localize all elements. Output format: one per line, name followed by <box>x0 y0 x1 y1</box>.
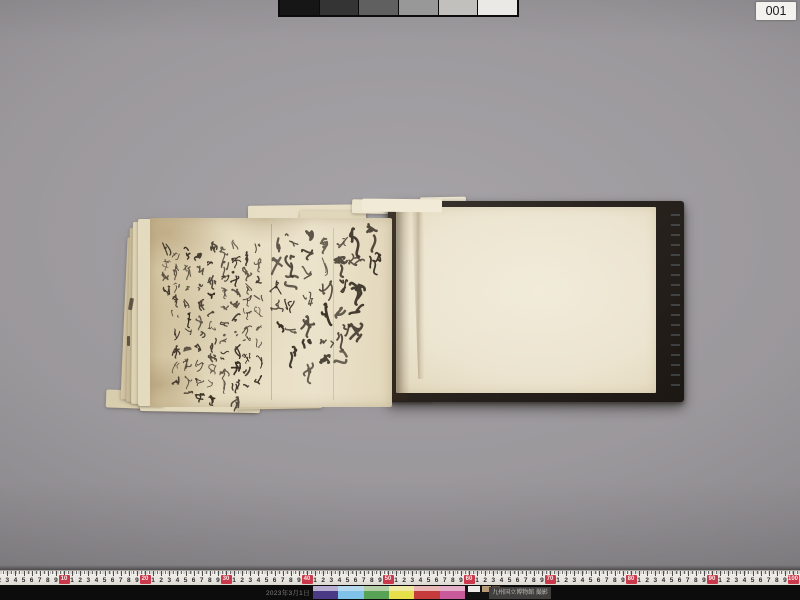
ruler-cm-tick <box>315 571 316 576</box>
ruler-half-tick <box>206 571 207 574</box>
ruler-cm-tick <box>437 571 438 576</box>
ruler-cm-tick <box>582 571 583 576</box>
cover-edge-wear <box>671 214 680 386</box>
grayscale-step <box>478 0 517 15</box>
ruler-digit: 7 <box>765 576 772 585</box>
ruler-cm-tick <box>461 571 462 576</box>
ruler-half-tick <box>781 571 782 574</box>
ruler-cm-tick <box>720 571 721 576</box>
ruler-half-tick <box>311 571 312 574</box>
page-fold-line <box>333 228 334 400</box>
ruler-digit: 7 <box>279 576 286 585</box>
ruler-digit: 4 <box>12 576 19 585</box>
ruler-cm-tick <box>761 571 762 576</box>
ruler-digit: 4 <box>255 576 262 585</box>
ruler-half-tick <box>3 571 4 574</box>
ruler-cm-tick <box>291 571 292 576</box>
ruler-half-tick <box>36 571 37 574</box>
ruler-digit: 2 <box>725 576 732 585</box>
ruler-digit: 2 <box>563 576 570 585</box>
ruler-digit: 5 <box>182 576 189 585</box>
ruler-half-tick <box>465 571 466 574</box>
ruler-half-tick <box>117 571 118 574</box>
ruler-cm-tick <box>186 571 187 576</box>
ruler-digit: 7 <box>603 576 610 585</box>
ruler-cm-tick <box>672 571 673 576</box>
ruler-digit: 6 <box>352 576 359 585</box>
ruler-half-tick <box>149 571 150 574</box>
ruler-digit: 4 <box>417 576 424 585</box>
ruler-half-tick <box>505 571 506 574</box>
ruler-half-tick <box>570 571 571 574</box>
ruler-half-tick <box>181 571 182 574</box>
ruler-digit: 2 <box>239 576 246 585</box>
ruler-cm-tick <box>501 571 502 576</box>
ruler-digit: 6 <box>595 576 602 585</box>
ruler-cm-tick <box>380 571 381 576</box>
ruler-digit: 2 <box>644 576 651 585</box>
ruler-half-tick <box>489 571 490 574</box>
color-patch-magenta <box>440 586 465 599</box>
ruler-cm-tick <box>429 571 430 576</box>
ruler-half-tick <box>392 571 393 574</box>
ruler-half-tick <box>473 571 474 574</box>
ruler-cm-tick <box>258 571 259 576</box>
ruler-cm-tick <box>234 571 235 576</box>
ruler-half-tick <box>238 571 239 574</box>
ruler-cm-tick <box>348 571 349 576</box>
ruler-cm-tick <box>72 571 73 576</box>
ruler-cm-tick <box>339 571 340 576</box>
ruler-cm-tick <box>704 571 705 576</box>
ruler-cm-tick <box>680 571 681 576</box>
grayscale-step <box>399 0 438 15</box>
ruler-digit: 8 <box>368 576 375 585</box>
capture-date-text: 2023年3月1日 <box>266 588 310 597</box>
ruler-half-tick <box>254 571 255 574</box>
ruler-half-tick <box>141 571 142 574</box>
ruler-cm-tick <box>591 571 592 576</box>
page-edge-tab <box>362 199 442 213</box>
ruler-half-tick <box>92 571 93 574</box>
ruler-digit: 1 <box>636 576 643 585</box>
ruler-cm-tick <box>88 571 89 576</box>
ruler-half-tick <box>327 571 328 574</box>
ruler-digit: 3 <box>409 576 416 585</box>
ruler-cm-tick <box>299 571 300 576</box>
color-patch-yellow <box>389 586 414 599</box>
ruler-half-tick <box>400 571 401 574</box>
ruler-cm-tick <box>96 571 97 576</box>
ruler-digit: 2 <box>401 576 408 585</box>
ruler-half-tick <box>789 571 790 574</box>
ruler-cm-tick <box>769 571 770 576</box>
ruler-half-tick <box>222 571 223 574</box>
ruler-cm-tick <box>510 571 511 576</box>
ruler-cm-tick <box>696 571 697 576</box>
ruler-digit: 1 <box>393 576 400 585</box>
museum-credit-text: 九州国立博物館 撮影 <box>489 587 551 599</box>
ruler-half-tick <box>173 571 174 574</box>
ruler-cm-tick <box>218 571 219 576</box>
ruler-half-tick <box>376 571 377 574</box>
ruler-digit: 2 <box>77 576 84 585</box>
ruler-digit: 7 <box>522 576 529 585</box>
ruler-cm-tick <box>777 571 778 576</box>
ruler-digit: 5 <box>668 576 675 585</box>
ruler-cm-tick <box>615 571 616 576</box>
ruler-digit: 7 <box>36 576 43 585</box>
ruler-digit: 4 <box>741 576 748 585</box>
grayscale-step <box>280 0 319 15</box>
ruler-digit: 3 <box>166 576 173 585</box>
ruler-digit: 3 <box>571 576 578 585</box>
ruler-digit: 2 <box>0 576 3 585</box>
ruler-digit: 7 <box>684 576 691 585</box>
ruler-cm-tick <box>599 571 600 576</box>
grayscale-calibration-bar <box>278 0 519 17</box>
ruler-cm-tick <box>663 571 664 576</box>
ruler-cm-tick <box>15 571 16 576</box>
ruler-half-tick <box>157 571 158 574</box>
ruler-half-tick <box>100 571 101 574</box>
ruler-half-tick <box>408 571 409 574</box>
ruler-half-tick <box>659 571 660 574</box>
ruler-cm-tick <box>323 571 324 576</box>
ruler-half-tick <box>360 571 361 574</box>
ruler-half-tick <box>457 571 458 574</box>
ruler-decade-label: 100 <box>788 575 799 584</box>
ruler-cm-tick <box>412 571 413 576</box>
book-right-page <box>396 207 656 393</box>
ruler-digit: 6 <box>109 576 116 585</box>
ruler-digit: 6 <box>433 576 440 585</box>
ruler-digit: 8 <box>692 576 699 585</box>
ruler-digit: 8 <box>530 576 537 585</box>
ruler-digit: 3 <box>247 576 254 585</box>
ruler-digit: 2 <box>158 576 165 585</box>
ruler-digit: 5 <box>506 576 513 585</box>
ruler-cm-tick <box>518 571 519 576</box>
color-patch-red <box>414 586 439 599</box>
ruler-cm-tick <box>485 571 486 576</box>
ruler-half-tick <box>368 571 369 574</box>
ruler-cm-tick <box>153 571 154 576</box>
ruler-half-tick <box>497 571 498 574</box>
ruler-half-tick <box>530 571 531 574</box>
ruler-cm-tick <box>445 571 446 576</box>
ruler-cm-tick <box>420 571 421 576</box>
ruler-cm-tick <box>372 571 373 576</box>
ruler-half-tick <box>773 571 774 574</box>
ruler-half-tick <box>19 571 20 574</box>
ruler-cm-tick <box>356 571 357 576</box>
grayscale-step <box>439 0 478 15</box>
ruler-cm-tick <box>210 571 211 576</box>
ruler-half-tick <box>133 571 134 574</box>
ruler-cm-tick <box>331 571 332 576</box>
ruler-cm-tick <box>736 571 737 576</box>
ruler-cm-tick <box>80 571 81 576</box>
color-patch-green <box>364 586 389 599</box>
ruler-cm-tick <box>113 571 114 576</box>
ruler-digit: 5 <box>425 576 432 585</box>
ruler-cm-tick <box>477 571 478 576</box>
ruler-half-tick <box>279 571 280 574</box>
color-patch-blue <box>338 586 363 599</box>
ruler-half-tick <box>335 571 336 574</box>
ruler-cm-tick <box>364 571 365 576</box>
color-calibration-chart <box>313 586 465 599</box>
ruler-digit: 8 <box>611 576 618 585</box>
ruler-digit: 8 <box>773 576 780 585</box>
ruler-half-tick <box>595 571 596 574</box>
ruler-half-tick <box>562 571 563 574</box>
ruler-half-tick <box>546 571 547 574</box>
ruler-half-tick <box>748 571 749 574</box>
ruler-half-tick <box>246 571 247 574</box>
ruler-half-tick <box>724 571 725 574</box>
ruler-digit: 7 <box>117 576 124 585</box>
ruler-cm-tick <box>785 571 786 576</box>
measuring-ruler: 2345678910123456789201234567893012345678… <box>0 570 800 586</box>
ruler-cm-tick <box>744 571 745 576</box>
ruler-cm-tick <box>267 571 268 576</box>
ruler-cm-tick <box>647 571 648 576</box>
ruler-cm-tick <box>404 571 405 576</box>
ruler-digit: 5 <box>344 576 351 585</box>
ruler-cm-tick <box>493 571 494 576</box>
ruler-digit: 6 <box>757 576 764 585</box>
ruler-half-tick <box>441 571 442 574</box>
ruler-cm-tick <box>161 571 162 576</box>
ruler-cm-tick <box>137 571 138 576</box>
ruler-cm-tick <box>566 571 567 576</box>
ruler-digit: 4 <box>579 576 586 585</box>
ink-smudge <box>127 336 130 346</box>
color-patch-extra <box>468 586 480 592</box>
ruler-half-tick <box>554 571 555 574</box>
ruler-cm-tick <box>728 571 729 576</box>
ruler-half-tick <box>578 571 579 574</box>
ruler-digit: 7 <box>360 576 367 585</box>
ruler-half-tick <box>449 571 450 574</box>
ruler-cm-tick <box>526 571 527 576</box>
ruler-half-tick <box>667 571 668 574</box>
ruler-half-tick <box>619 571 620 574</box>
ruler-half-tick <box>303 571 304 574</box>
ruler-cm-tick <box>7 571 8 576</box>
ruler-half-tick <box>514 571 515 574</box>
ruler-digit: 4 <box>498 576 505 585</box>
ruler-digit: 3 <box>733 576 740 585</box>
ruler-digit: 5 <box>749 576 756 585</box>
ruler-cm-tick <box>194 571 195 576</box>
ruler-half-tick <box>271 571 272 574</box>
ruler-cm-tick <box>558 571 559 576</box>
ruler-cm-tick <box>105 571 106 576</box>
ruler-half-tick <box>416 571 417 574</box>
ruler-digit: 8 <box>206 576 213 585</box>
ruler-digit: 8 <box>449 576 456 585</box>
ruler-digit: 7 <box>441 576 448 585</box>
ruler-cm-tick <box>177 571 178 576</box>
ruler-half-tick <box>651 571 652 574</box>
ruler-digit: 3 <box>4 576 11 585</box>
ruler-half-tick <box>433 571 434 574</box>
ruler-digit: 1 <box>474 576 481 585</box>
ruler-half-tick <box>692 571 693 574</box>
ruler-cm-tick <box>56 571 57 576</box>
ruler-half-tick <box>352 571 353 574</box>
ruler-cm-tick <box>542 571 543 576</box>
ruler-cm-tick <box>275 571 276 576</box>
ruler-cm-tick <box>169 571 170 576</box>
ruler-half-tick <box>125 571 126 574</box>
ruler-digit: 1 <box>555 576 562 585</box>
ruler-digit: 5 <box>20 576 27 585</box>
ruler-cm-tick <box>574 571 575 576</box>
ruler-half-tick <box>765 571 766 574</box>
ruler-half-tick <box>684 571 685 574</box>
ruler-half-tick <box>319 571 320 574</box>
ruler-half-tick <box>700 571 701 574</box>
ruler-cm-tick <box>396 571 397 576</box>
ruler-cm-tick <box>534 571 535 576</box>
ruler-digit: 4 <box>336 576 343 585</box>
ruler-half-tick <box>611 571 612 574</box>
ruler-half-tick <box>76 571 77 574</box>
ruler-cm-tick <box>453 571 454 576</box>
ruler-half-tick <box>627 571 628 574</box>
ruler-digit: 6 <box>676 576 683 585</box>
ruler-cm-tick <box>283 571 284 576</box>
ruler-half-tick <box>28 571 29 574</box>
ruler-half-tick <box>586 571 587 574</box>
ruler-half-tick <box>165 571 166 574</box>
ruler-cm-tick <box>753 571 754 576</box>
ruler-half-tick <box>109 571 110 574</box>
ruler-digit: 4 <box>93 576 100 585</box>
ruler-cm-tick <box>250 571 251 576</box>
ruler-digit: 1 <box>69 576 76 585</box>
ruler-half-tick <box>343 571 344 574</box>
ruler-half-tick <box>68 571 69 574</box>
ruler-cm-tick <box>242 571 243 576</box>
ruler-cm-tick <box>32 571 33 576</box>
frame-number-label: 001 <box>756 2 796 20</box>
ruler-half-tick <box>643 571 644 574</box>
ruler-cm-tick <box>129 571 130 576</box>
color-patch-purple <box>313 586 338 599</box>
ruler-digit: 4 <box>660 576 667 585</box>
ruler-half-tick <box>295 571 296 574</box>
ruler-digit: 5 <box>587 576 594 585</box>
ruler-cm-tick <box>688 571 689 576</box>
ruler-digit: 2 <box>320 576 327 585</box>
ruler-half-tick <box>384 571 385 574</box>
ruler-cm-tick <box>202 571 203 576</box>
ruler-digit: 1 <box>150 576 157 585</box>
ruler-cm-tick <box>655 571 656 576</box>
ruler-digit: 6 <box>271 576 278 585</box>
grayscale-step <box>320 0 359 15</box>
ruler-half-tick <box>757 571 758 574</box>
ruler-digit: 1 <box>717 576 724 585</box>
ruler-half-tick <box>190 571 191 574</box>
ruler-digit: 5 <box>263 576 270 585</box>
ruler-digit: 4 <box>174 576 181 585</box>
ruler-digit: 1 <box>231 576 238 585</box>
ruler-digit: 8 <box>287 576 294 585</box>
ruler-half-tick <box>44 571 45 574</box>
ruler-half-tick <box>740 571 741 574</box>
ruler-half-tick <box>230 571 231 574</box>
ruler-half-tick <box>52 571 53 574</box>
ruler-digit: 8 <box>125 576 132 585</box>
ruler-half-tick <box>84 571 85 574</box>
ruler-digit: 8 <box>44 576 51 585</box>
page-fold-line <box>271 224 272 400</box>
ruler-half-tick <box>262 571 263 574</box>
ruler-digit: 6 <box>190 576 197 585</box>
ruler-digit: 6 <box>28 576 35 585</box>
ruler-cm-tick <box>623 571 624 576</box>
ruler-half-tick <box>603 571 604 574</box>
ruler-half-tick <box>522 571 523 574</box>
ruler-half-tick <box>287 571 288 574</box>
ruler-half-tick <box>676 571 677 574</box>
ruler-cm-tick <box>48 571 49 576</box>
ruler-digit: 7 <box>198 576 205 585</box>
ruler-half-tick <box>198 571 199 574</box>
ruler-cm-tick <box>24 571 25 576</box>
ruler-half-tick <box>11 571 12 574</box>
ruler-cm-tick <box>639 571 640 576</box>
ruler-digit: 3 <box>328 576 335 585</box>
grayscale-step <box>359 0 398 15</box>
ruler-cm-tick <box>40 571 41 576</box>
ruler-digit: 3 <box>85 576 92 585</box>
ruler-half-tick <box>635 571 636 574</box>
ruler-half-tick <box>538 571 539 574</box>
ruler-half-tick <box>797 571 798 574</box>
ruler-half-tick <box>481 571 482 574</box>
ruler-digit: 2 <box>482 576 489 585</box>
ruler-digit: 6 <box>514 576 521 585</box>
ruler-half-tick <box>732 571 733 574</box>
ruler-digit: 1 <box>312 576 319 585</box>
ruler-half-tick <box>424 571 425 574</box>
ruler-half-tick <box>708 571 709 574</box>
ruler-half-tick <box>716 571 717 574</box>
ruler-digit: 3 <box>652 576 659 585</box>
ruler-cm-tick <box>607 571 608 576</box>
ruler-digit: 5 <box>101 576 108 585</box>
ruler-cm-tick <box>121 571 122 576</box>
ruler-half-tick <box>214 571 215 574</box>
ruler-digit: 3 <box>490 576 497 585</box>
photograph-backdrop: 001 234567891012345678920123456789301234… <box>0 0 800 600</box>
ruler-half-tick <box>60 571 61 574</box>
